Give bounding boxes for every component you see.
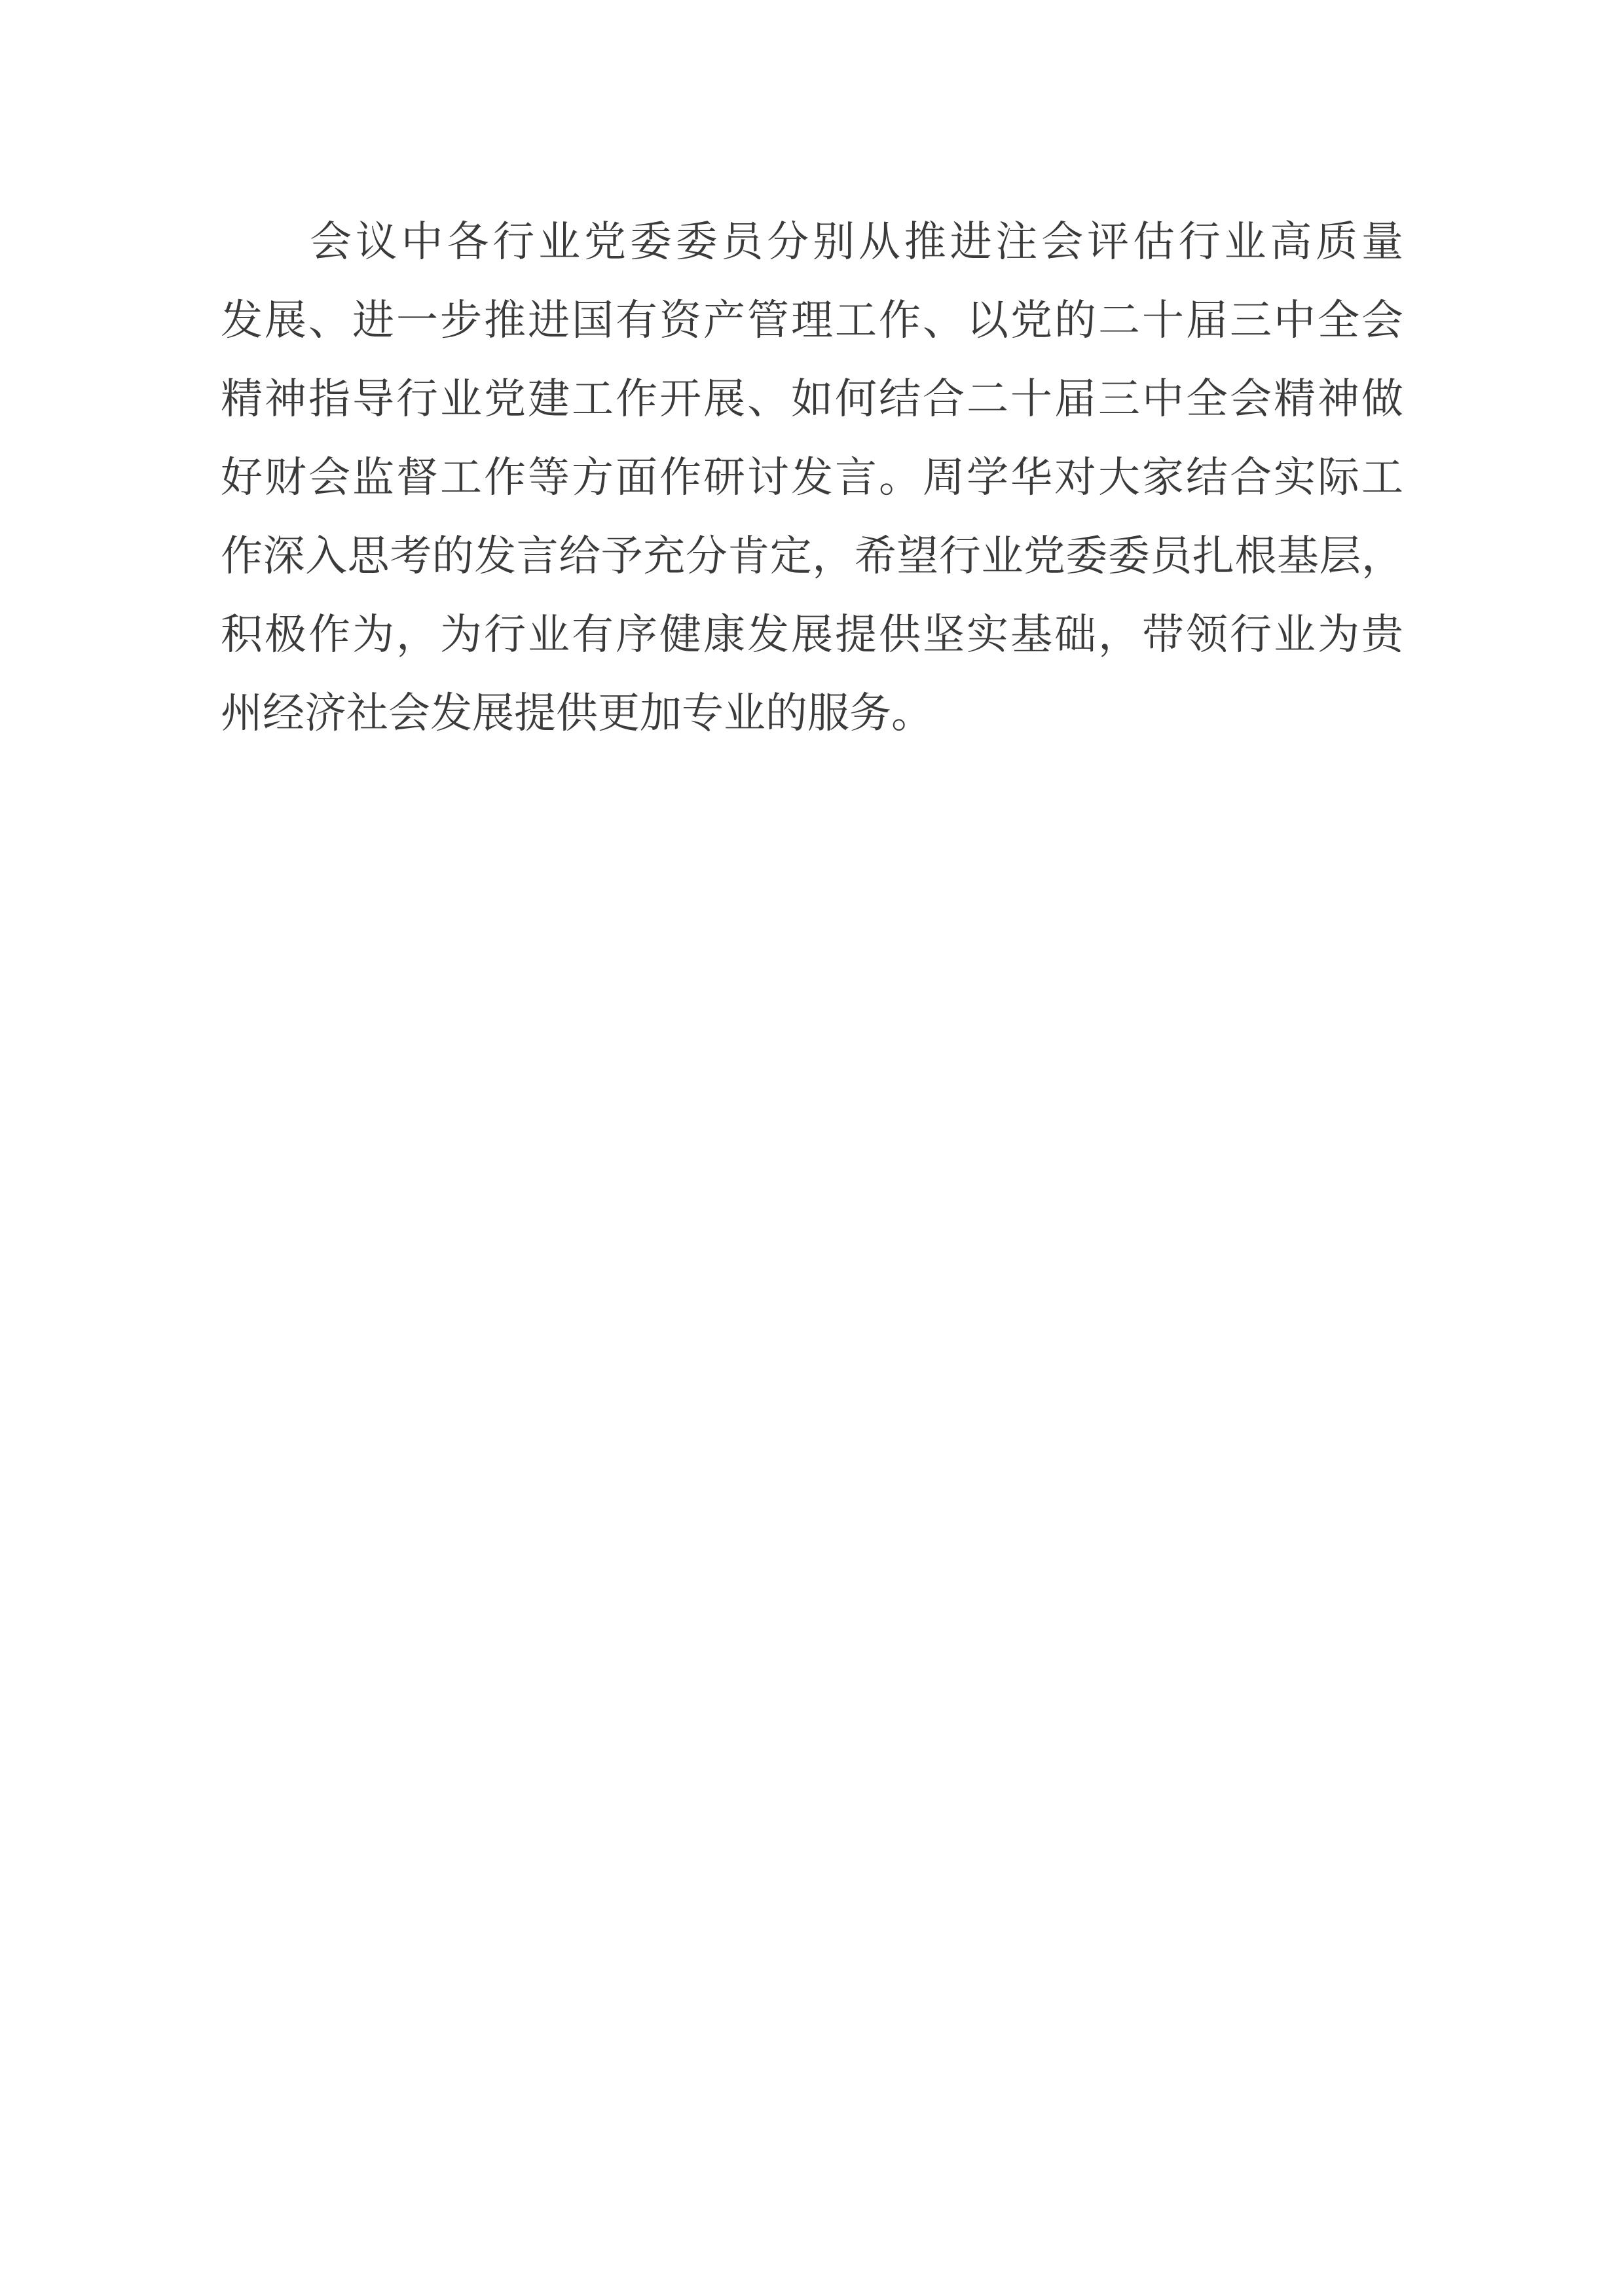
- paragraph-line-4: 好财会监督工作等方面作研讨发言。周学华对大家结合实际工: [221, 439, 1403, 517]
- paragraph-line-3: 精神指导行业党建工作开展、如何结合二十届三中全会精神做: [221, 360, 1403, 439]
- paragraph-line-6: 积极作为，为行业有序健康发展提供坚实基础，带领行业为贵: [221, 596, 1403, 674]
- body-paragraph: 会议中各行业党委委员分别从推进注会评估行业高质量 发展、进一步推进国有资产管理工…: [221, 203, 1403, 753]
- paragraph-line-2: 发展、进一步推进国有资产管理工作、以党的二十届三中全会: [221, 282, 1403, 360]
- paragraph-line-1: 会议中各行业党委委员分别从推进注会评估行业高质量: [221, 203, 1403, 282]
- paragraph-line-5: 作深入思考的发言给予充分肯定，希望行业党委委员扎根基层，: [221, 517, 1403, 596]
- document-page: 会议中各行业党委委员分别从推进注会评估行业高质量 发展、进一步推进国有资产管理工…: [0, 0, 1624, 2296]
- paragraph-line-7: 州经济社会发展提供更加专业的服务。: [221, 674, 1403, 753]
